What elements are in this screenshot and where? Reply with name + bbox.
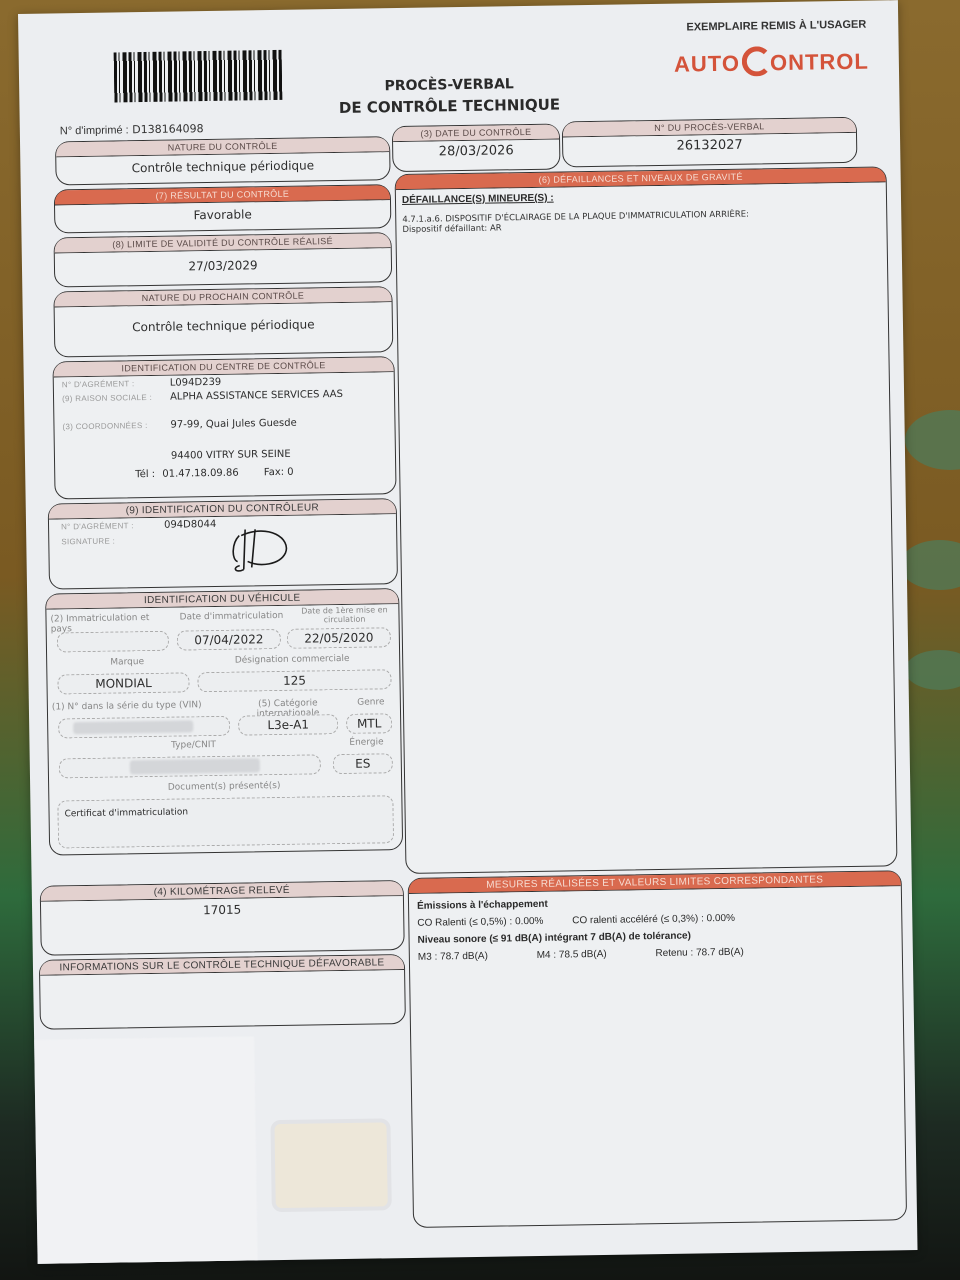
center-agrement-value: L094D239 (170, 377, 222, 389)
background-pattern (900, 540, 960, 590)
documents-field: Certificat d'immatriculation (57, 795, 394, 848)
center-raison-label: (9) RAISON SOCIALE : (62, 393, 152, 403)
immat-field (57, 631, 169, 653)
vin-field (58, 716, 230, 739)
date-immat-label: Date d'immatriculation (176, 611, 286, 623)
center-label: IDENTIFICATION DU CENTRE DE CONTRÔLE (53, 357, 393, 377)
designation-field: 125 (197, 669, 391, 692)
pv-number-box: N° DU PROCÈS-VERBAL 26132027 (562, 117, 858, 168)
co-idle: CO Ralenti (≤ 0,5%) : 0.00% (417, 916, 543, 929)
controller-agrement-label: N° D'AGRÉMENT : (61, 521, 134, 531)
noise-retenu: Retenu : 78.7 dB(A) (655, 947, 744, 959)
print-number-label: N° d'imprimé : (60, 124, 129, 137)
date-immat-field: 07/04/2022 (177, 629, 281, 651)
fax-value: Fax: 0 (264, 467, 294, 478)
measures-box: MESURES RÉALISÉES ET VALEURS LIMITES COR… (408, 870, 907, 1228)
type-label: Type/CNIT (108, 739, 278, 752)
defect-item: 4.7.1.a.6. DISPOSITIF D'ÉCLAIRAGE DE LA … (402, 210, 749, 235)
date-box: (3) DATE DU CONTRÔLE 28/03/2026 (392, 124, 561, 173)
first-circ-field: 22/05/2020 (287, 627, 391, 649)
logo-text-control: ONTROL (770, 49, 869, 76)
unfavorable-info-label: INFORMATIONS SUR LE CONTRÔLE TECHNIQUE D… (40, 955, 404, 976)
defect-category: DÉFAILLANCE(S) MINEURE(S) : (402, 193, 554, 206)
controller-box: (9) IDENTIFICATION DU CONTRÔLEUR N° D'AG… (48, 498, 398, 589)
center-address-line1: 97-99, Quai Jules Guesde (170, 418, 296, 431)
inspection-center-box: IDENTIFICATION DU CENTRE DE CONTRÔLE N° … (52, 356, 396, 499)
result-value: Favorable (55, 205, 390, 224)
date-label: (3) DATE DU CONTRÔLE (393, 125, 559, 143)
nature-box: NATURE DU CONTRÔLE Contrôle technique pé… (55, 136, 391, 185)
print-number: N° d'imprimé : D138164098 (60, 122, 204, 137)
redacted-vin (73, 720, 193, 734)
logo-c-icon (742, 46, 772, 76)
barcode (114, 50, 283, 103)
noise-m4: M4 : 78.5 dB(A) (537, 949, 607, 961)
center-coord-label: (3) COORDONNÉES : (62, 421, 147, 431)
marque-field: MONDIAL (57, 672, 189, 694)
result-label: (7) RÉSULTAT DU CONTRÔLE (55, 185, 390, 205)
defect-code: 4.7.1.a.6. (402, 214, 443, 225)
phone-label: Tél : (135, 469, 155, 480)
copy-label: EXEMPLAIRE REMIS À L'USAGER (686, 19, 866, 34)
next-control-label: NATURE DU PROCHAIN CONTRÔLE (54, 287, 391, 307)
categorie-field: L3e-A1 (238, 714, 338, 736)
vehicle-box: IDENTIFICATION DU VÉHICULE (2) Immatricu… (45, 588, 403, 856)
validity-label: (8) LIMITE DE VALIDITÉ DU CONTRÔLE RÉALI… (55, 233, 391, 253)
mileage-label: (4) KILOMÉTRAGE RELEVÉ (41, 881, 403, 902)
mileage-box: (4) KILOMÉTRAGE RELEVÉ 17015 (40, 880, 405, 956)
documents-label: Document(s) présenté(s) (129, 780, 319, 793)
co-fast-idle: CO ralenti accéléré (≤ 0,3%) : 0.00% (572, 913, 735, 927)
result-box: (7) RÉSULTAT DU CONTRÔLE Favorable (54, 184, 392, 233)
document-title: PROCÈS-VERBAL DE CONTRÔLE TECHNIQUE (319, 75, 580, 117)
nature-label: NATURE DU CONTRÔLE (56, 137, 389, 157)
date-value: 28/03/2026 (393, 143, 559, 161)
validity-box: (8) LIMITE DE VALIDITÉ DU CONTRÔLE RÉALI… (54, 232, 393, 287)
nature-value: Contrôle technique périodique (56, 157, 389, 176)
mileage-value: 17015 (41, 900, 403, 920)
signature-image (229, 523, 300, 576)
genre-label: Genre (348, 697, 394, 708)
vin-label: (1) N° dans la série du type (VIN) (52, 700, 222, 713)
genre-field: MTL (346, 713, 392, 734)
energie-field: ES (333, 753, 393, 774)
autocontrol-logo: AUTOONTROL (674, 45, 869, 78)
tear-off-stub (34, 1036, 258, 1263)
first-circ-label: Date de 1ère mise en circulation (296, 605, 392, 625)
center-raison-value: ALPHA ASSISTANCE SERVICES AAS (170, 389, 343, 403)
logo-text-auto: AUTO (674, 51, 740, 77)
inspection-report-sheet: EXEMPLAIRE REMIS À L'USAGER AUTOONTROL P… (18, 0, 918, 1264)
redacted-type (130, 758, 260, 774)
defects-box: (6) DÉFAILLANCES ET NIVEAUX DE GRAVITÉ D… (395, 166, 898, 874)
center-phone: Tél : 01.47.18.09.86 Fax: 0 (135, 467, 294, 480)
background-pattern (905, 650, 960, 690)
center-address-line2: 94400 VITRY SUR SEINE (171, 449, 291, 462)
marque-label: Marque (67, 656, 187, 668)
type-field (59, 754, 321, 778)
phone-value: 01.47.18.09.86 (162, 468, 239, 480)
designation-label: Désignation commerciale (197, 653, 387, 666)
controller-label: (9) IDENTIFICATION DU CONTRÔLEUR (49, 499, 396, 519)
hologram-sticker (270, 1118, 391, 1212)
energie-label: Énergie (338, 737, 394, 748)
pv-number-value: 26132027 (563, 136, 856, 156)
unfavorable-info-box: INFORMATIONS SUR LE CONTRÔLE TECHNIQUE D… (39, 954, 406, 1030)
next-control-box: NATURE DU PROCHAIN CONTRÔLE Contrôle tec… (53, 286, 393, 357)
next-control-value: Contrôle technique périodique (55, 316, 392, 335)
background-pattern (905, 410, 960, 470)
pv-number-label: N° DU PROCÈS-VERBAL (563, 118, 856, 138)
signature-label: SIGNATURE : (61, 537, 115, 547)
validity-value: 27/03/2029 (55, 256, 391, 275)
center-agrement-label: N° D'AGRÉMENT : (62, 379, 135, 389)
controller-agrement-value: 094D8044 (164, 519, 216, 531)
print-number-value: D138164098 (132, 122, 204, 136)
noise-m3: M3 : 78.7 dB(A) (418, 951, 488, 963)
title-line-2: DE CONTRÔLE TECHNIQUE (319, 95, 579, 117)
title-line-1: PROCÈS-VERBAL (319, 75, 579, 95)
documents-value: Certificat d'immatriculation (58, 796, 392, 827)
